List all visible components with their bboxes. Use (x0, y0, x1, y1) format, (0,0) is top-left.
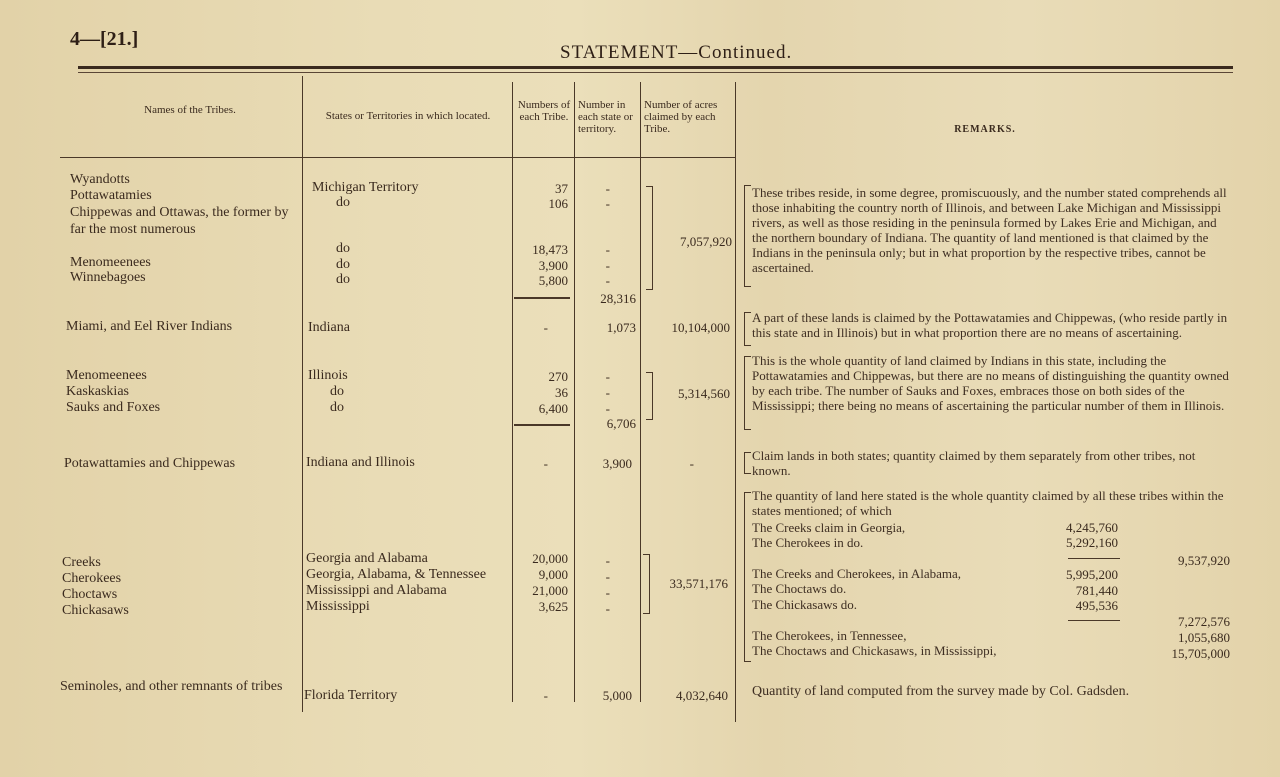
header-state: States or Territories in which located. (306, 110, 510, 122)
state-count: - (580, 585, 610, 601)
acres-claimed: 33,571,176 (648, 576, 728, 592)
header-tribe: Names of the Tribes. (80, 104, 300, 116)
header-remarks: REMARKS. (740, 124, 1230, 136)
acres-claimed: 5,314,560 (650, 386, 730, 402)
state-name: do (336, 257, 350, 273)
state-count: - (580, 569, 610, 585)
tribe-count: 37 (512, 181, 568, 197)
tribe-name: Creeks (62, 555, 101, 571)
tribe-name: Wyandotts (70, 172, 130, 188)
state-count: 1,073 (576, 320, 636, 336)
state-name: Georgia, Alabama, & Tennessee (306, 567, 486, 583)
remarks-text: Quantity of land computed from the surve… (752, 684, 1234, 699)
tribe-count: 3,900 (512, 258, 568, 274)
state-count: 5,000 (576, 688, 632, 704)
tribe-count: - (512, 456, 548, 472)
tribe-name: Menomeenees (70, 255, 151, 271)
remarks-text: These tribes reside, in some degree, pro… (752, 185, 1234, 275)
breakdown-value: 5,995,200 (1060, 567, 1118, 583)
top-rule-thin (78, 72, 1233, 73)
tribe-name: Seminoles, and other remnants of tribes (60, 678, 290, 695)
state-name: Indiana (308, 320, 350, 336)
tribe-name: Chippewas and Ottawas, the former by far… (70, 204, 300, 238)
top-rule (78, 66, 1233, 69)
state-count: - (580, 369, 610, 385)
state-count: - (580, 258, 610, 274)
tribe-count: 6,400 (512, 401, 568, 417)
tribe-count: 36 (512, 385, 568, 401)
tribe-count: 18,473 (512, 242, 568, 258)
left-brace (744, 356, 751, 430)
tribe-name: Menomeenees (66, 368, 147, 384)
state-name: Georgia and Alabama (306, 551, 428, 567)
tribe-count: - (512, 320, 548, 336)
state-name: Mississippi (306, 599, 370, 615)
document-page: 4—[21.] STATEMENT—Continued. Names of th… (0, 0, 1280, 777)
tribe-name: Choctaws (62, 587, 117, 603)
acres-claimed: 4,032,640 (644, 688, 728, 704)
sum-rule (1068, 558, 1120, 559)
state-name: Michigan Territory (312, 180, 418, 196)
breakdown-value: 5,292,160 (1060, 535, 1118, 551)
tribe-name: Chickasaws (62, 603, 129, 619)
breakdown-value: 495,536 (1060, 598, 1118, 614)
state-count: - (580, 385, 610, 401)
header-number-each-state: Number in each state or territory. (578, 99, 638, 135)
breakdown-total: 15,705,000 (1150, 646, 1230, 662)
left-brace (744, 312, 751, 346)
page-number: 4—[21.] (70, 28, 138, 51)
state-total: 6,706 (576, 416, 636, 432)
breakdown-subtotal: 7,272,576 (1150, 614, 1230, 630)
breakdown-label: The Creeks and Cherokees, in Alabama, (752, 566, 961, 581)
state-count: - (580, 553, 610, 569)
page-title: STATEMENT—Continued. (560, 42, 792, 64)
acres-claimed: 7,057,920 (650, 234, 732, 250)
tribe-count: 5,800 (512, 273, 568, 289)
tribe-name: Potawattamies and Chippewas (64, 456, 235, 472)
left-brace (744, 185, 751, 287)
tribe-name: Sauks and Foxes (66, 400, 160, 416)
remarks-text: A part of these lands is claimed by the … (752, 310, 1234, 340)
tribe-name: Cherokees (62, 571, 121, 587)
breakdown-value: 781,440 (1060, 583, 1118, 599)
column-divider (302, 76, 303, 712)
state-name: do (336, 272, 350, 288)
breakdown-label: The Choctaws do. (752, 581, 846, 596)
tribe-count: 21,000 (512, 583, 568, 599)
header-number-each-tribe: Numbers of each Tribe. (515, 99, 573, 123)
state-count: - (580, 196, 610, 212)
breakdown-value: 4,245,760 (1060, 520, 1118, 536)
column-divider (574, 82, 575, 702)
column-divider (735, 82, 736, 722)
tribe-count: 3,625 (512, 599, 568, 615)
breakdown-total: 1,055,680 (1150, 630, 1230, 646)
tribe-name: Kaskaskias (66, 384, 129, 400)
state-count: - (580, 181, 610, 197)
remarks-text: This is the whole quantity of land claim… (752, 353, 1234, 413)
left-brace (744, 452, 751, 474)
breakdown-label: The Cherokees, in Tennessee, (752, 628, 906, 643)
tribe-count: 20,000 (512, 551, 568, 567)
state-name: Illinois (308, 368, 348, 384)
remarks-intro: The quantity of land here stated is the … (752, 488, 1234, 518)
remarks-text: Claim lands in both states; quantity cla… (752, 448, 1234, 478)
state-name: Indiana and Illinois (306, 455, 415, 471)
state-name: Florida Territory (304, 688, 397, 704)
tribe-count: 106 (512, 196, 568, 212)
state-name: Mississippi and Alabama (306, 583, 447, 599)
header-acres: Number of acres claimed by each Tribe. (644, 99, 734, 135)
breakdown-subtotal: 9,537,920 (1150, 553, 1230, 569)
state-count: 3,900 (576, 456, 632, 472)
breakdown-label: The Chickasaws do. (752, 597, 857, 612)
sum-rule (514, 424, 570, 426)
header-bottom-rule (60, 157, 735, 158)
tribe-count: 270 (512, 369, 568, 385)
breakdown-label: The Choctaws and Chickasaws, in Mississi… (752, 643, 996, 658)
column-divider (640, 82, 641, 702)
tribe-name: Pottawatamies (70, 188, 152, 204)
acres-claimed: 10,104,000 (644, 320, 730, 336)
tribe-name: Miami, and Eel River Indians (66, 319, 232, 335)
state-name: do (336, 195, 350, 211)
state-name: do (330, 400, 344, 416)
tribe-count: - (512, 688, 548, 704)
acres-claimed: - (644, 456, 694, 472)
state-count: - (580, 242, 610, 258)
sum-rule (1068, 620, 1120, 621)
breakdown-label: The Cherokees in do. (752, 535, 863, 550)
state-count: - (580, 273, 610, 289)
state-name: do (330, 384, 344, 400)
state-count: - (580, 401, 610, 417)
state-total: 28,316 (576, 291, 636, 307)
sum-rule (514, 297, 570, 299)
state-name: do (336, 241, 350, 257)
breakdown-label: The Creeks claim in Georgia, (752, 520, 905, 535)
tribe-count: 9,000 (512, 567, 568, 583)
left-brace (744, 492, 751, 662)
state-count: - (580, 601, 610, 617)
tribe-name: Winnebagoes (70, 270, 146, 286)
